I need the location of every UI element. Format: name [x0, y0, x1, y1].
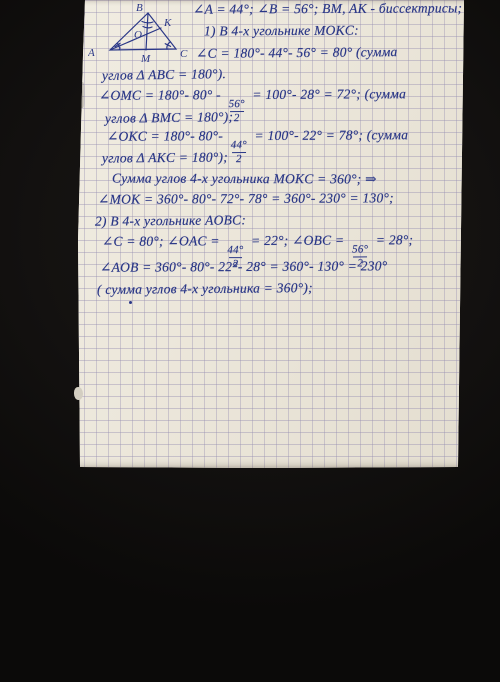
vertex-a-label: A	[88, 47, 95, 59]
paper-edge-shadow	[79, 82, 85, 108]
line-angle-c: ∠C = 180°- 44°- 56° = 80° (сумма	[196, 44, 398, 62]
part2-angles-post: = 28°;	[372, 232, 413, 247]
photo-scene: B A C K O M ∠A = 44°; ∠B = 56°; BM, AK -…	[0, 0, 500, 682]
omc-pre: ∠OMC = 180°- 80° -	[99, 87, 225, 103]
bisector-bm	[146, 13, 148, 50]
point-k-label: K	[163, 17, 172, 29]
pen-dot	[129, 301, 132, 304]
fraction-numerator: 56°	[350, 244, 370, 256]
line-sum-statement: Сумма углов 4-х угольника MOKC = 360°; ⇒	[112, 171, 377, 188]
omc-post: = 100°- 28° = 72°; (сумма	[249, 86, 407, 102]
vertex-b-label: B	[136, 2, 143, 14]
okc-post: = 100°- 22° = 78°; (сумма	[251, 127, 409, 143]
vertex-c-label: C	[180, 48, 188, 60]
given-text: ∠A = 44°; ∠B = 56°; BM, AK - биссектрисы…	[193, 0, 462, 16]
line-sum-note: ( сумма углов 4-х угольника = 360°);	[97, 280, 313, 298]
line-angle-c-cont: углов Δ ABC = 180°).	[102, 66, 226, 84]
aob-text: ∠AOB = 360°- 80°- 22°- 28° = 360°- 130° …	[100, 258, 387, 275]
part2-text: 2) В 4-х угольнике AOBC:	[95, 212, 246, 228]
line-aob: ∠AOB = 360°- 80°- 22°- 28° = 360°- 130° …	[100, 258, 387, 276]
part2-angles-mid: = 22°; ∠OBC =	[247, 233, 348, 249]
mok-text: ∠MOK = 360°- 80°- 72°- 78° = 360°- 230° …	[98, 190, 394, 207]
sum4-text: Сумма углов 4-х угольника MOKC = 360°; ⇒	[112, 171, 377, 187]
paper-edge-notch	[74, 387, 83, 400]
point-o-label: O	[134, 29, 142, 41]
point-m-label: M	[140, 53, 151, 65]
fraction-denominator: 2	[232, 152, 246, 165]
part2-angles-pre: ∠C = 80°; ∠OAC =	[102, 233, 223, 249]
fraction-44-2: 44°2	[229, 140, 249, 165]
line-mok: ∠MOK = 360°- 80°- 72°- 78° = 360°- 230° …	[98, 190, 394, 208]
line-part1-header: 1) В 4-х угольнике MOKC:	[204, 23, 359, 40]
line-given: ∠A = 44°; ∠B = 56°; BM, AK - биссектрисы…	[193, 0, 462, 17]
notebook-page: B A C K O M ∠A = 44°; ∠B = 56°; BM, AK -…	[0, 0, 500, 470]
line-omc-cont: углов Δ BMC = 180°);	[105, 109, 233, 127]
sum-note-text: ( сумма углов 4-х угольника = 360°);	[97, 280, 313, 297]
geometry-diagram: B A C K O M	[88, 2, 200, 66]
fraction-numerator: 44°	[229, 140, 249, 152]
angle-c-cont-text: углов Δ ABC = 180°).	[102, 66, 226, 83]
angle-c-text: ∠C = 180°- 44°- 56° = 80° (сумма	[196, 44, 398, 61]
fraction-numerator: 44°	[225, 245, 245, 257]
okc-pre: ∠OKC = 180°- 80°-	[107, 128, 227, 144]
part1-text: 1) В 4-х угольнике MOKC:	[204, 23, 359, 39]
line-okc-cont: углов Δ AKC = 180°);	[102, 149, 228, 166]
okc-cont-text: углов Δ AKC = 180°);	[102, 149, 228, 165]
line-part2-header: 2) В 4-х угольнике AOBC:	[95, 212, 246, 229]
omc-cont-text: углов Δ BMC = 180°);	[105, 109, 233, 126]
